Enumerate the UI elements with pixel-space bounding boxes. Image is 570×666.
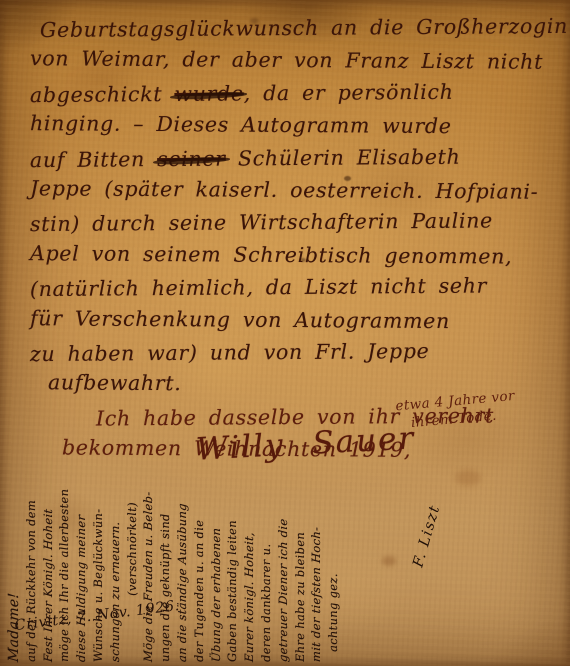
hand-line: (natürlich heimlich, da Liszt nicht sehr — [30, 269, 558, 306]
hand-line: Geburtstagsglückwunsch an die Großherzog… — [30, 10, 558, 47]
line-text: zu haben war) und von Frl. Jeppe — [30, 339, 430, 366]
hand-line: stin) durch seine Wirtschafterin Pauline — [30, 204, 558, 241]
line-text: hinging. – Dieses Autogramm wurde — [30, 111, 452, 138]
line-text: stin) durch seine Wirtschafterin Pauline — [30, 209, 493, 237]
line-text: Schülerin Elisabeth — [226, 144, 461, 170]
line-text: Jeppe (später kaiserl. oesterreich. Hofp… — [30, 176, 538, 204]
line-text: von Weimar, der aber von Franz Liszt nic… — [30, 47, 543, 75]
manuscript-page: Geburtstagsglückwunsch an die Großherzog… — [0, 0, 570, 666]
line-text: (natürlich heimlich, da Liszt nicht sehr — [30, 274, 487, 302]
hand-line: hinging. – Dieses Autogramm wurde — [30, 107, 558, 143]
line-text: Geburtstagsglückwunsch an die Großherzog… — [40, 14, 568, 42]
hand-line: zu haben war) und von Frl. Jeppe — [30, 334, 558, 371]
hand-line: Jeppe (später kaiserl. oesterreich. Hofp… — [30, 172, 558, 208]
paper-stain — [382, 556, 396, 566]
liszt-signature: F. Liszt — [399, 462, 456, 611]
date-line: Crivitz, 7. Nov. 1926. — [14, 598, 181, 634]
struck-word: wurde — [174, 81, 243, 106]
line-text: abgeschickt — [30, 82, 175, 107]
hand-line: Apel von seinem Schreibtisch genommen, — [30, 237, 558, 273]
line-text: aufbewahrt. — [48, 371, 182, 396]
struck-word: seiner — [157, 146, 226, 171]
line-text: auf Bitten — [30, 147, 157, 172]
line-text: Apel von seinem Schreibtisch genommen, — [30, 241, 512, 268]
paper-stain — [455, 470, 481, 486]
line-text: , da er persönlich — [244, 80, 454, 106]
hand-line: für Verschenkung von Autogrammen — [30, 302, 558, 338]
hand-line: auf Bitten seiner Schülerin Elisabeth — [30, 140, 558, 177]
hand-line: abgeschickt wurde, da er persönlich — [30, 75, 558, 112]
hand-line: von Weimar, der aber von Franz Liszt nic… — [30, 43, 558, 79]
line-text: für Verschenkung von Autogrammen — [30, 306, 450, 333]
